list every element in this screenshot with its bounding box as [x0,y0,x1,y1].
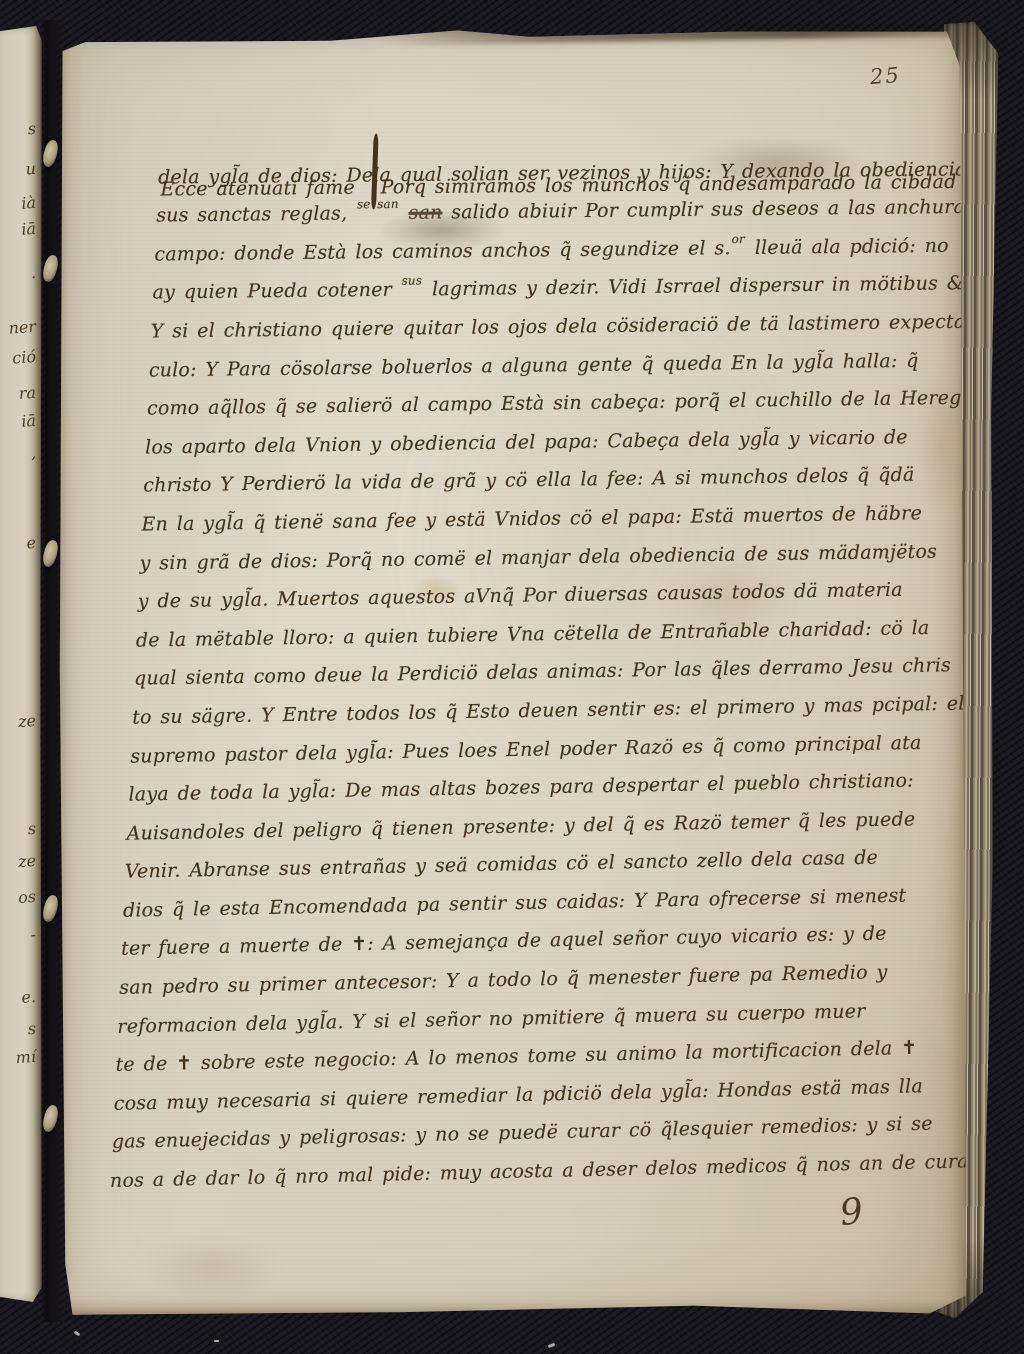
quire-signature: 9 [838,1191,865,1234]
facing-page-fragment: s [0,821,40,840]
facing-page-fragment: s [0,1021,40,1040]
facing-page-fragment: mí [0,1049,40,1068]
manuscript-text-block: Ecce atenuati fame Porq̃ simiramos los m… [110,120,956,1201]
struck-word: san [408,202,442,224]
manuscript-photograph: suiàiā.nercióraiā,ezeszeos-e.smí 25 Ecce… [0,0,1024,1354]
stain [142,1232,282,1302]
facing-page-fragment: e [0,535,40,554]
facing-page-fragment: - [0,927,40,946]
edge-grime [378,22,948,46]
manuscript-page: 25 Ecce atenuati fame Porq̃ simiramos lo… [58,24,966,1316]
stitch-thread [41,539,60,568]
folio-number: 25 [869,63,901,89]
facing-page-fragment: ra [0,385,40,404]
facing-page-fragment: u [0,161,40,180]
facing-page-fragment: iā [0,221,40,240]
stitch-thread [41,1104,60,1133]
lint-speck [214,1340,219,1342]
facing-page-fragment: s [0,121,40,140]
stitch-thread [41,894,60,923]
facing-page-fragment: , [0,445,40,464]
stitch-thread [41,254,60,283]
lint-speck [548,1343,556,1348]
facing-page-fragment: iā [0,413,40,432]
facing-page-fragment: ze [0,853,40,872]
facing-page-fragment: ze [0,713,40,732]
facing-page-edge: suiàiā.nercióraiā,ezeszeos-e.smí [0,26,42,1302]
stitch-thread [41,139,60,168]
facing-page-fragment: ner [0,319,40,338]
facing-page-fragment: ià [0,195,40,214]
facing-page-fragment: e. [0,989,40,1008]
facing-page-fragment: ció [0,349,40,368]
facing-page-fragment: . [0,265,40,284]
facing-page-fragment: os [0,889,40,908]
lint-speck [74,1331,81,1337]
